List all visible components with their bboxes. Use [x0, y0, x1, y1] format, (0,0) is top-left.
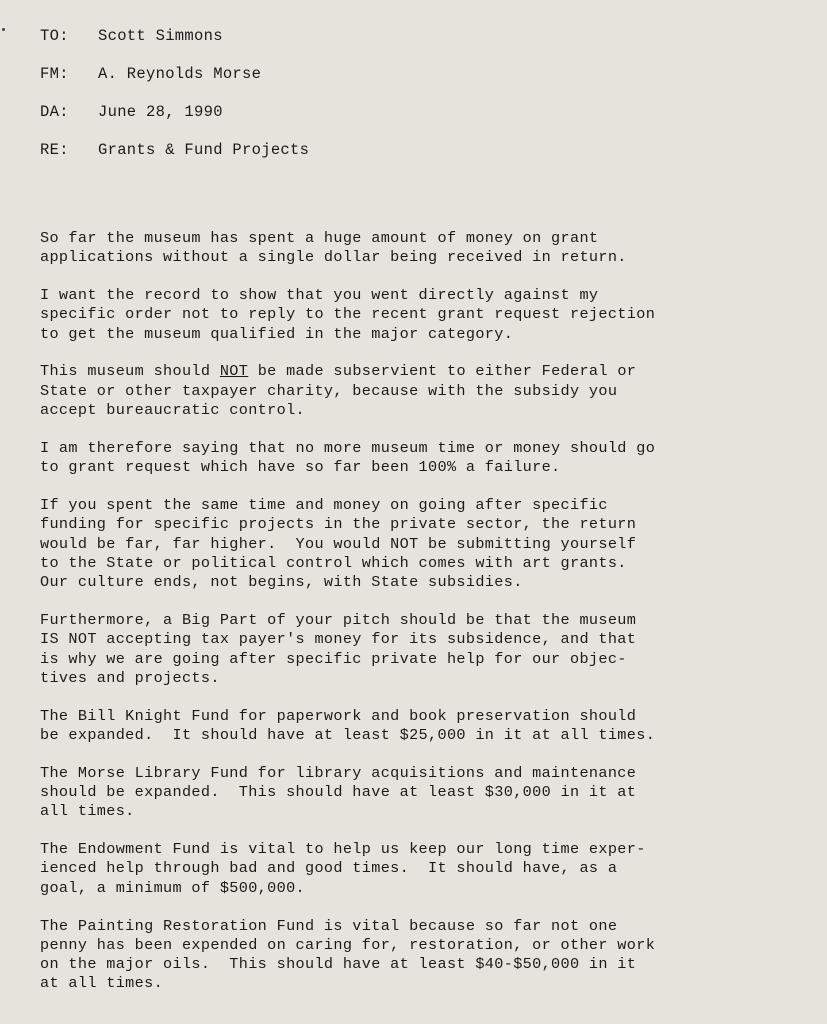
paragraph-line: So far the museum has spent a huge amoun…: [40, 229, 800, 248]
paragraph-line: IS NOT accepting tax payer's money for i…: [40, 630, 800, 649]
paragraph-line: funding for specific projects in the pri…: [40, 515, 800, 534]
header-label: RE:: [40, 141, 98, 159]
header-value: Grants & Fund Projects: [98, 141, 309, 159]
header-to: TO: Scott Simmons: [40, 17, 309, 55]
paragraph-line: tives and projects.: [40, 669, 800, 688]
memo-page: TO: Scott Simmons FM: A. Reynolds Morse …: [0, 0, 827, 1024]
memo-paragraph: The Bill Knight Fund for paperwork and b…: [40, 707, 800, 746]
memo-paragraph: If you spent the same time and money on …: [40, 496, 800, 592]
emphasis-not: NOT: [220, 362, 248, 380]
margin-mark: [2, 28, 5, 31]
paragraph-line: should be expanded. This should have at …: [40, 783, 800, 802]
paragraph-line: is why we are going after specific priva…: [40, 650, 800, 669]
paragraph-line: State or other taxpayer charity, because…: [40, 382, 800, 401]
memo-header: TO: Scott Simmons FM: A. Reynolds Morse …: [40, 17, 309, 169]
header-from: FM: A. Reynolds Morse: [40, 55, 309, 93]
paragraph-line: Our culture ends, not begins, with State…: [40, 573, 800, 592]
header-date: DA: June 28, 1990: [40, 93, 309, 131]
paragraph-line: would be far, far higher. You would NOT …: [40, 535, 800, 554]
header-value: A. Reynolds Morse: [98, 65, 261, 83]
paragraph-line: specific order not to reply to the recen…: [40, 305, 800, 324]
memo-paragraph: So far the museum has spent a huge amoun…: [40, 229, 800, 268]
paragraph-line: I want the record to show that you went …: [40, 286, 800, 305]
memo-paragraph: I am therefore saying that no more museu…: [40, 439, 800, 478]
header-value: Scott Simmons: [98, 27, 223, 45]
paragraph-line: The Morse Library Fund for library acqui…: [40, 764, 800, 783]
paragraph-line: accept bureaucratic control.: [40, 401, 800, 420]
memo-paragraph: Furthermore, a Big Part of your pitch sh…: [40, 611, 800, 688]
paragraph-line: goal, a minimum of $500,000.: [40, 879, 800, 898]
paragraph-line: all times.: [40, 802, 800, 821]
paragraph-line: The Painting Restoration Fund is vital b…: [40, 917, 800, 936]
paragraph-line: on the major oils. This should have at l…: [40, 955, 800, 974]
paragraph-line: This museum should NOT be made subservie…: [40, 362, 800, 381]
paragraph-line: The Endowment Fund is vital to help us k…: [40, 840, 800, 859]
memo-paragraph: The Painting Restoration Fund is vital b…: [40, 917, 800, 994]
paragraph-line: applications without a single dollar bei…: [40, 248, 800, 267]
paragraph-line: ienced help through bad and good times. …: [40, 859, 800, 878]
header-label: TO:: [40, 27, 98, 45]
header-label: FM:: [40, 65, 98, 83]
paragraph-line: to the State or political control which …: [40, 554, 800, 573]
memo-paragraph: The Morse Library Fund for library acqui…: [40, 764, 800, 822]
memo-paragraph: The Endowment Fund is vital to help us k…: [40, 840, 800, 898]
memo-paragraph: This museum should NOT be made subservie…: [40, 362, 800, 420]
memo-body: So far the museum has spent a huge amoun…: [40, 229, 800, 1012]
header-label: DA:: [40, 103, 98, 121]
header-subject: RE: Grants & Fund Projects: [40, 131, 309, 169]
paragraph-line: The Bill Knight Fund for paperwork and b…: [40, 707, 800, 726]
paragraph-line: to grant request which have so far been …: [40, 458, 800, 477]
paragraph-line: be expanded. It should have at least $25…: [40, 726, 800, 745]
paragraph-line: penny has been expended on caring for, r…: [40, 936, 800, 955]
paragraph-line: at all times.: [40, 974, 800, 993]
paragraph-line: I am therefore saying that no more museu…: [40, 439, 800, 458]
header-value: June 28, 1990: [98, 103, 223, 121]
paragraph-line: Furthermore, a Big Part of your pitch sh…: [40, 611, 800, 630]
memo-paragraph: I want the record to show that you went …: [40, 286, 800, 344]
paragraph-line: to get the museum qualified in the major…: [40, 325, 800, 344]
paragraph-line: If you spent the same time and money on …: [40, 496, 800, 515]
